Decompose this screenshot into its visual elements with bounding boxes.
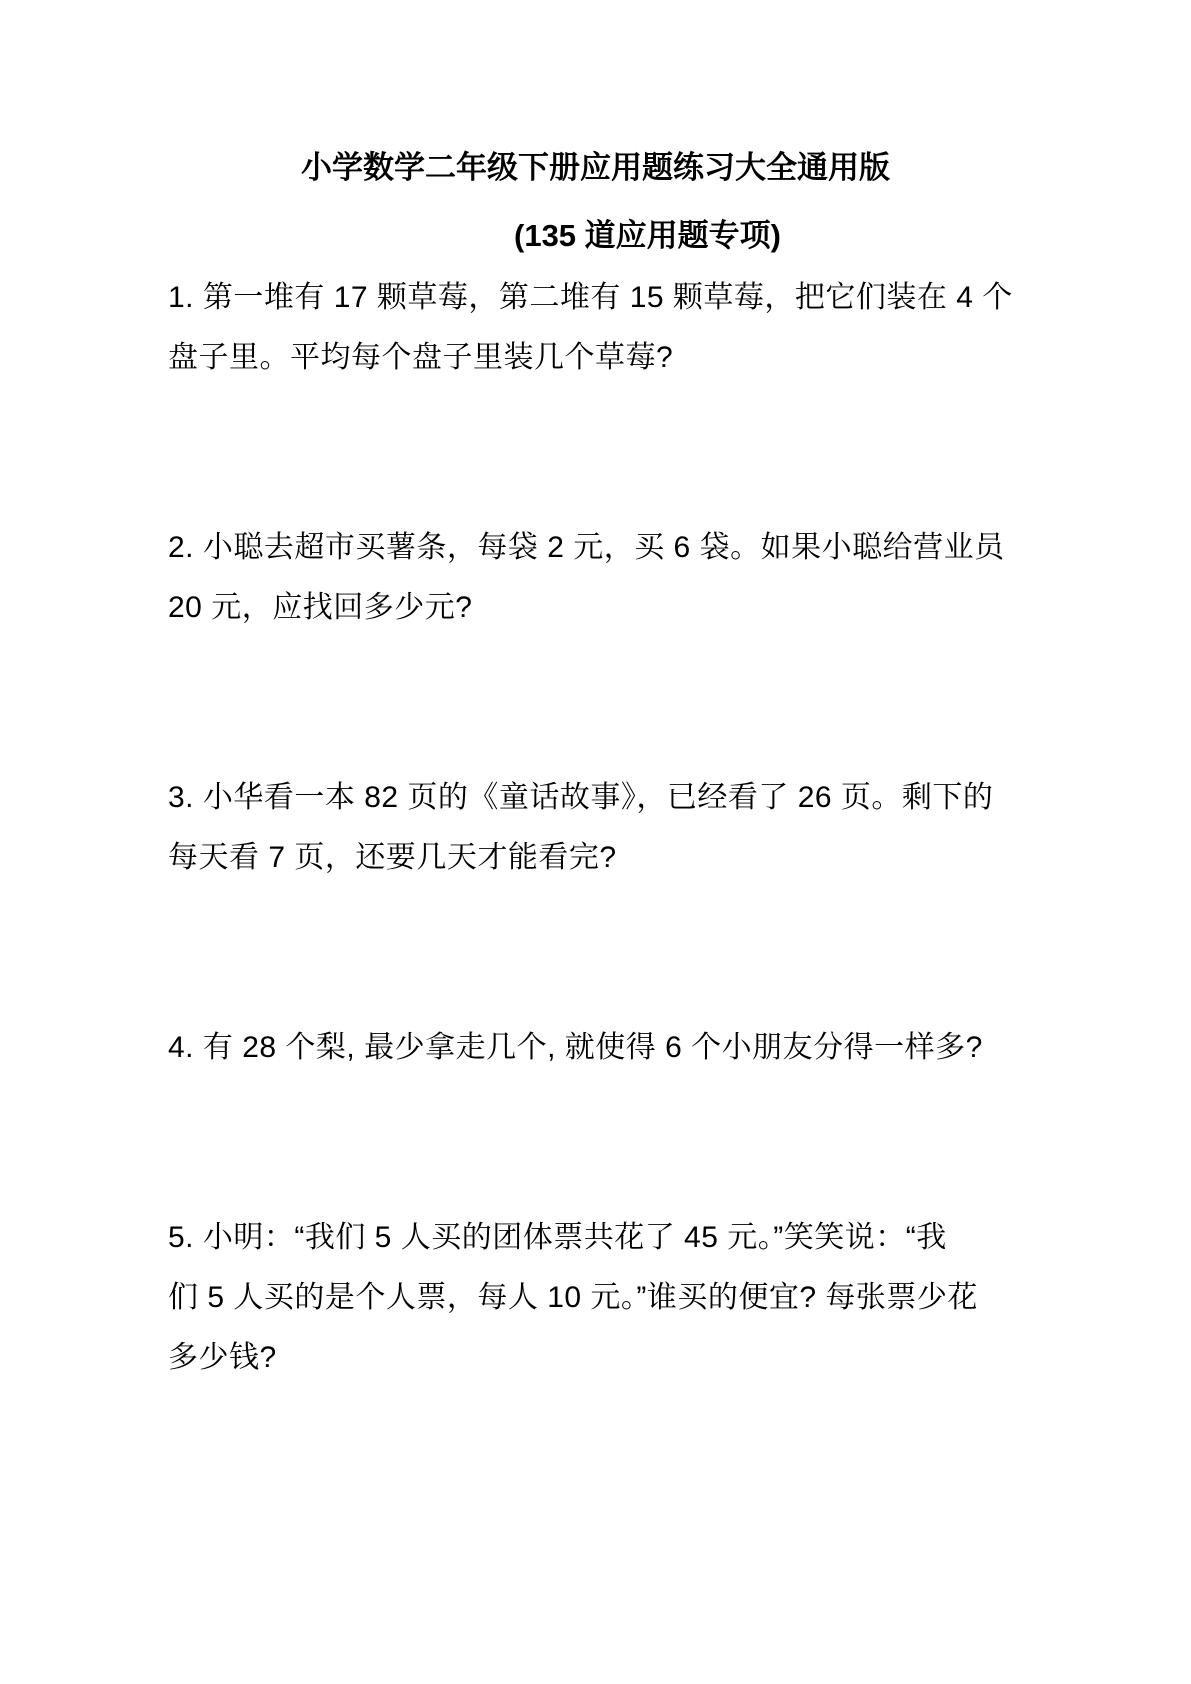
problem-2-line-1: 2. 小聪去超市买薯条，每袋 2 元，买 6 袋。如果小聪给营业员 [168, 518, 1023, 578]
problem-5-line-3: 多少钱? [168, 1328, 1023, 1388]
problem-2-line-2: 20 元，应找回多少元? [168, 578, 1023, 638]
problem-4: 4. 有 28 个梨, 最少拿走几个, 就使得 6 个小朋友分得一样多? [168, 1018, 1023, 1078]
problem-3-line-2: 每天看 7 页，还要几天才能看完? [168, 828, 1023, 888]
problem-1-line-2: 盘子里。平均每个盘子里装几个草莓? [168, 328, 1023, 388]
problem-1-line-1: 1. 第一堆有 17 颗草莓，第二堆有 15 颗草莓，把它们装在 4 个 [168, 268, 1023, 328]
worksheet-content: 小学数学二年级下册应用题练习大全通用版 (135 道应用题专项) 1. 第一堆有… [0, 0, 1191, 1388]
problem-3-line-1: 3. 小华看一本 82 页的《童话故事》，已经看了 26 页。剩下的 [168, 768, 1023, 828]
page-subtitle: (135 道应用题专项) [220, 214, 1075, 258]
problem-2: 2. 小聪去超市买薯条，每袋 2 元，买 6 袋。如果小聪给营业员 20 元，应… [168, 518, 1023, 638]
problem-5: 5. 小明：“我们 5 人买的团体票共花了 45 元。”笑笑说：“我 们 5 人… [168, 1208, 1023, 1388]
problem-4-line-1: 4. 有 28 个梨, 最少拿走几个, 就使得 6 个小朋友分得一样多? [168, 1018, 1023, 1078]
problem-1: 1. 第一堆有 17 颗草莓，第二堆有 15 颗草莓，把它们装在 4 个 盘子里… [168, 268, 1023, 388]
problem-5-line-1: 5. 小明：“我们 5 人买的团体票共花了 45 元。”笑笑说：“我 [168, 1208, 1023, 1268]
problem-3: 3. 小华看一本 82 页的《童话故事》，已经看了 26 页。剩下的 每天看 7… [168, 768, 1023, 888]
page-title: 小学数学二年级下册应用题练习大全通用版 [168, 146, 1023, 190]
problem-5-line-2: 们 5 人买的是个人票，每人 10 元。”谁买的便宜? 每张票少花 [168, 1268, 1023, 1328]
worksheet-page: 小学数学二年级下册应用题练习大全通用版 (135 道应用题专项) 1. 第一堆有… [0, 0, 1191, 1684]
